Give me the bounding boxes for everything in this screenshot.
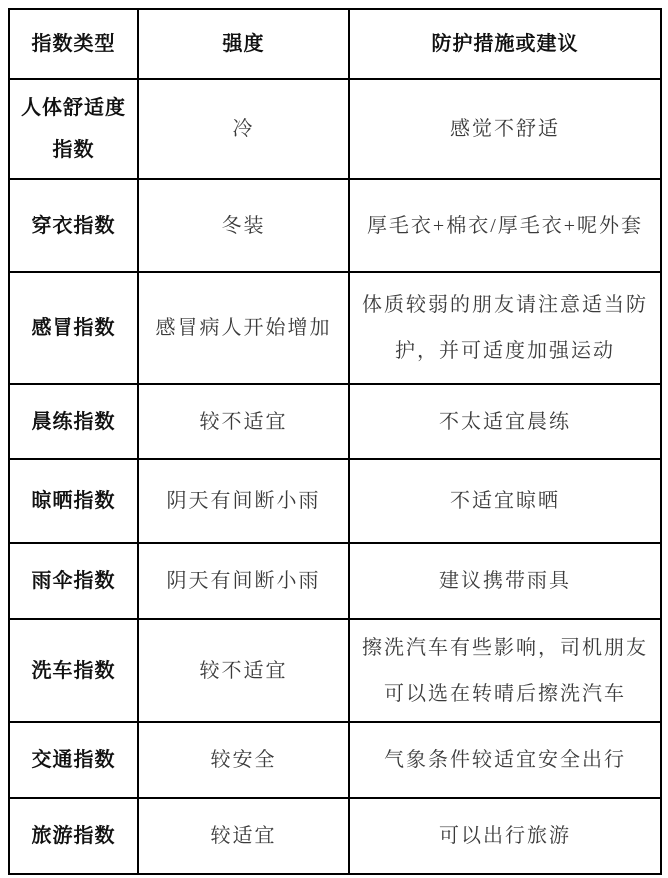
cell-advice: 不太适宜晨练 xyxy=(349,384,661,459)
cell-intensity: 较不适宜 xyxy=(138,384,349,459)
cell-intensity: 较不适宜 xyxy=(138,619,349,722)
cell-advice: 厚毛衣+棉衣/厚毛衣+呢外套 xyxy=(349,179,661,272)
table-row-traffic: 交通指数 较安全 气象条件较适宜安全出行 xyxy=(9,722,661,798)
cell-intensity: 阴天有间断小雨 xyxy=(138,543,349,619)
table-row-drying: 晾晒指数 阴天有间断小雨 不适宜晾晒 xyxy=(9,459,661,543)
cell-advice: 气象条件较适宜安全出行 xyxy=(349,722,661,798)
cell-advice: 感觉不舒适 xyxy=(349,79,661,179)
table-row-umbrella: 雨伞指数 阴天有间断小雨 建议携带雨具 xyxy=(9,543,661,619)
cell-intensity: 较安全 xyxy=(138,722,349,798)
header-index-type: 指数类型 xyxy=(9,9,138,79)
weather-index-table: 指数类型 强度 防护措施或建议 人体舒适度指数 冷 感觉不舒适 穿衣指数 冬装 … xyxy=(8,8,662,875)
cell-index-type: 交通指数 xyxy=(9,722,138,798)
cell-index-type: 感冒指数 xyxy=(9,272,138,384)
cell-intensity: 感冒病人开始增加 xyxy=(138,272,349,384)
cell-advice: 擦洗汽车有些影响，司机朋友可以选在转晴后擦洗汽车 xyxy=(349,619,661,722)
table-row-cold: 感冒指数 感冒病人开始增加 体质较弱的朋友请注意适当防护，并可适度加强运动 xyxy=(9,272,661,384)
cell-index-type: 晨练指数 xyxy=(9,384,138,459)
cell-advice: 可以出行旅游 xyxy=(349,798,661,874)
header-advice: 防护措施或建议 xyxy=(349,9,661,79)
table-row-car-washing: 洗车指数 较不适宜 擦洗汽车有些影响，司机朋友可以选在转晴后擦洗汽车 xyxy=(9,619,661,722)
cell-advice: 建议携带雨具 xyxy=(349,543,661,619)
cell-index-type: 穿衣指数 xyxy=(9,179,138,272)
table-row-dressing: 穿衣指数 冬装 厚毛衣+棉衣/厚毛衣+呢外套 xyxy=(9,179,661,272)
table-row-morning-exercise: 晨练指数 较不适宜 不太适宜晨练 xyxy=(9,384,661,459)
cell-advice: 不适宜晾晒 xyxy=(349,459,661,543)
cell-index-type: 晾晒指数 xyxy=(9,459,138,543)
cell-intensity: 冷 xyxy=(138,79,349,179)
cell-index-type: 雨伞指数 xyxy=(9,543,138,619)
cell-index-type: 人体舒适度指数 xyxy=(9,79,138,179)
cell-advice: 体质较弱的朋友请注意适当防护，并可适度加强运动 xyxy=(349,272,661,384)
cell-intensity: 冬装 xyxy=(138,179,349,272)
cell-index-type: 洗车指数 xyxy=(9,619,138,722)
table-row-travel: 旅游指数 较适宜 可以出行旅游 xyxy=(9,798,661,874)
cell-intensity: 阴天有间断小雨 xyxy=(138,459,349,543)
header-intensity: 强度 xyxy=(138,9,349,79)
cell-intensity: 较适宜 xyxy=(138,798,349,874)
cell-index-type: 旅游指数 xyxy=(9,798,138,874)
header-row: 指数类型 强度 防护措施或建议 xyxy=(9,9,661,79)
table-row-comfort: 人体舒适度指数 冷 感觉不舒适 xyxy=(9,79,661,179)
